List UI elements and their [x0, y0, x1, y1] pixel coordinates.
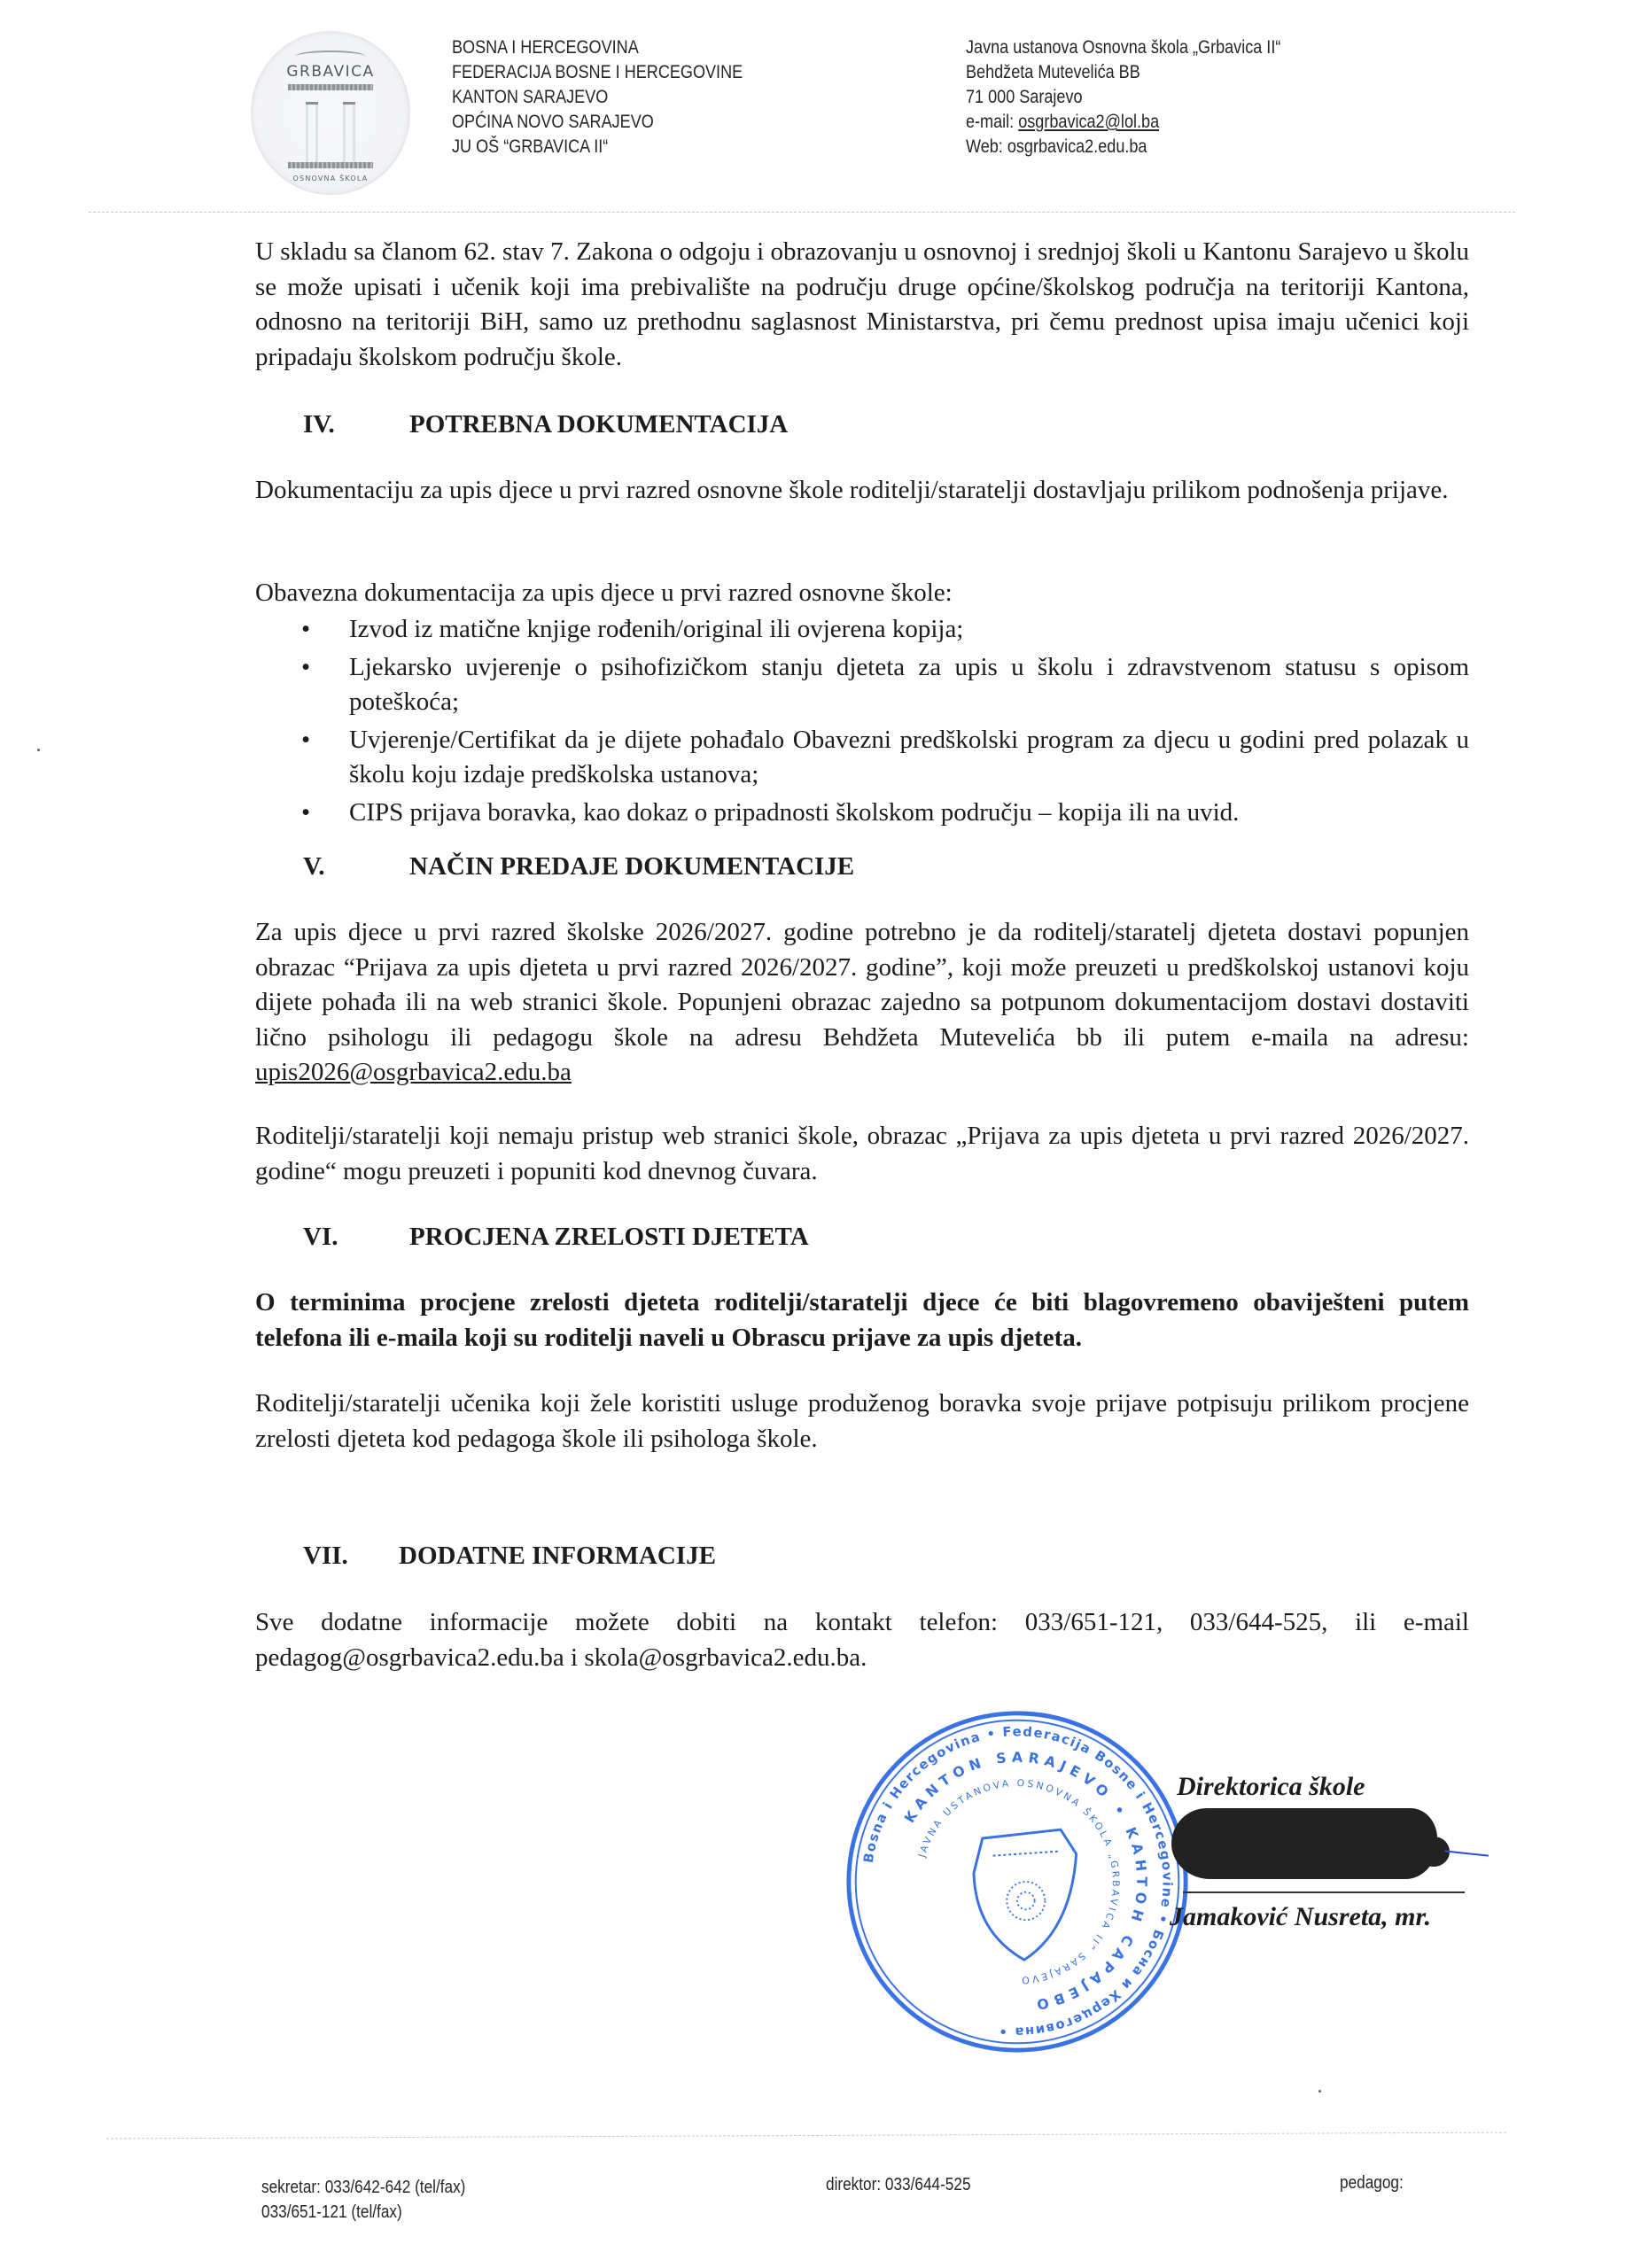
section-v-paragraph-2: Roditelji/staratelji koji nemaju pristup…: [255, 1119, 1469, 1189]
logo-capital-band: [288, 84, 373, 90]
footer-director: direktor: 033/644-525: [826, 2172, 971, 2197]
logo-subtitle: OSNOVNA ŠKOLA: [251, 175, 410, 183]
intro-paragraph: U skladu sa članom 62. stav 7. Zakona o …: [255, 235, 1469, 375]
institution-name: Javna ustanova Osnovna škola „Grbavica I…: [966, 35, 1280, 60]
school-logo: GRBAVICA OSNOVNA ŠKOLA: [251, 31, 410, 195]
scan-speck: [1318, 2090, 1321, 2093]
list-item: •CIPS prijava boravka, kao dokaz o pripa…: [255, 796, 1469, 831]
letterhead-line: KANTON SARAJEVO: [452, 85, 743, 110]
enrollment-email-link[interactable]: upis2026@osgrbavica2.edu.ba: [255, 1058, 572, 1086]
letterhead-jurisdiction: BOSNA I HERCEGOVINA FEDERACIJA BOSNE I H…: [452, 35, 743, 159]
bullet-icon: •: [301, 723, 310, 758]
signatory-name: Jamaković Nusreta, mr.: [1170, 1902, 1431, 1932]
web-line: Web: osgrbavica2.edu.ba: [966, 135, 1280, 159]
scan-speck: [37, 749, 40, 751]
official-stamp: Bosna i Hercegovina • Federacija Bosne i…: [844, 1708, 1191, 2055]
section-vi-notice: O terminima procjene zrelosti djeteta ro…: [255, 1285, 1469, 1355]
section-iv-paragraph: Dokumentaciju za upis djece u prvi razre…: [255, 473, 1469, 509]
email-label: e-mail:: [966, 112, 1018, 132]
section-heading-vi: VI.PROCJENA ZRELOSTI DJETETA: [303, 1223, 809, 1252]
signature-redaction: [1171, 1808, 1437, 1879]
signature-pen-stroke: [1444, 1850, 1489, 1856]
footer-divider: [106, 2132, 1506, 2140]
footer-secretary: sekretar: 033/642-642 (tel/fax) 033/651-…: [261, 2175, 465, 2225]
footer-pedagogue: pedagog:: [1340, 2171, 1404, 2195]
logo-column-icon: [343, 102, 355, 163]
letterhead-line: OPĆINA NOVO SARAJEVO: [452, 110, 743, 135]
stamp-outer-text: Bosna i Hercegovina • Federacija Bosne i…: [861, 1724, 1175, 2039]
letterhead-line: BOSNA I HERCEGOVINA: [452, 35, 743, 60]
header-divider: [89, 212, 1515, 213]
stamp-institution-text: JAVNA USTANOVA OSNOVNA ŠKOLA „GRBAVICA I…: [916, 1777, 1122, 1986]
documents-list: •Izvod iz matične knjige rođenih/origina…: [255, 612, 1469, 830]
bullet-icon: •: [301, 612, 310, 648]
section-vi-paragraph: Roditelji/staratelji učenika koji žele k…: [255, 1386, 1469, 1456]
section-title: DODATNE INFORMACIJE: [399, 1542, 716, 1570]
list-item: •Izvod iz matične knjige rođenih/origina…: [255, 612, 1469, 648]
section-number: VII.: [303, 1542, 399, 1571]
section-heading-vii: VII.DODATNE INFORMACIJE: [303, 1542, 716, 1571]
secretary-phone-2: 033/651-121 (tel/fax): [261, 2200, 465, 2225]
section-number: IV.: [303, 410, 409, 439]
svg-text:JAVNA USTANOVA OSNOVNA ŠKOLA „: JAVNA USTANOVA OSNOVNA ŠKOLA „GRBAVICA I…: [916, 1777, 1122, 1986]
list-item: •Ljekarsko uvjerenje o psihofizičkom sta…: [255, 650, 1469, 720]
section-heading-iv: IV.POTREBNA DOKUMENTACIJA: [303, 410, 788, 439]
letterhead-line: FEDERACIJA BOSNE I HERCEGOVINE: [452, 60, 743, 85]
section-vii-paragraph: Sve dodatne informacije možete dobiti na…: [255, 1605, 1469, 1675]
logo-title: GRBAVICA: [251, 63, 410, 81]
signature-block: Direktorica škole Jamaković Nusreta, mr.: [1152, 1767, 1524, 1962]
list-item: •Uvjerenje/Certifikat da je dijete pohađ…: [255, 723, 1469, 793]
svg-text:Bosna i Hercegovina • Federaci: Bosna i Hercegovina • Federacija Bosne i…: [861, 1724, 1175, 2039]
section-title: NAČIN PREDAJE DOKUMENTACIJE: [409, 852, 854, 881]
letterhead-line: JU OŠ “GRBAVICA II“: [452, 135, 743, 159]
pedagogue-phone: pedagog:: [1340, 2171, 1404, 2195]
logo-column-icon: [306, 102, 318, 163]
city-address: 71 000 Sarajevo: [966, 85, 1280, 110]
signatory-title: Direktorica škole: [1177, 1772, 1365, 1802]
email-line: e-mail: osgrbavica2@lol.ba: [966, 110, 1280, 135]
director-phone: direktor: 033/644-525: [826, 2172, 971, 2197]
section-heading-v: V.NAČIN PREDAJE DOKUMENTACIJE: [303, 852, 854, 882]
logo-base-band: [288, 162, 373, 168]
email-link[interactable]: osgrbavica2@lol.ba: [1018, 112, 1159, 132]
secretary-phone-1: sekretar: 033/642-642 (tel/fax): [261, 2175, 465, 2200]
logo-roof-icon: [295, 50, 366, 63]
bullet-icon: •: [301, 796, 310, 831]
documents-list-intro: Obavezna dokumentacija za upis djece u p…: [255, 576, 1469, 611]
section-number: V.: [303, 852, 409, 882]
section-number: VI.: [303, 1223, 409, 1252]
section-v-paragraph-1: Za upis djece u prvi razred školske 2026…: [255, 915, 1469, 1091]
bullet-icon: •: [301, 650, 310, 686]
letterhead-contact: Javna ustanova Osnovna škola „Grbavica I…: [966, 35, 1280, 159]
street-address: Behdžeta Mutevelića BB: [966, 60, 1280, 85]
section-title: POTREBNA DOKUMENTACIJA: [409, 410, 788, 439]
signature-line: [1183, 1891, 1465, 1893]
section-title: PROCJENA ZRELOSTI DJETETA: [409, 1223, 809, 1251]
